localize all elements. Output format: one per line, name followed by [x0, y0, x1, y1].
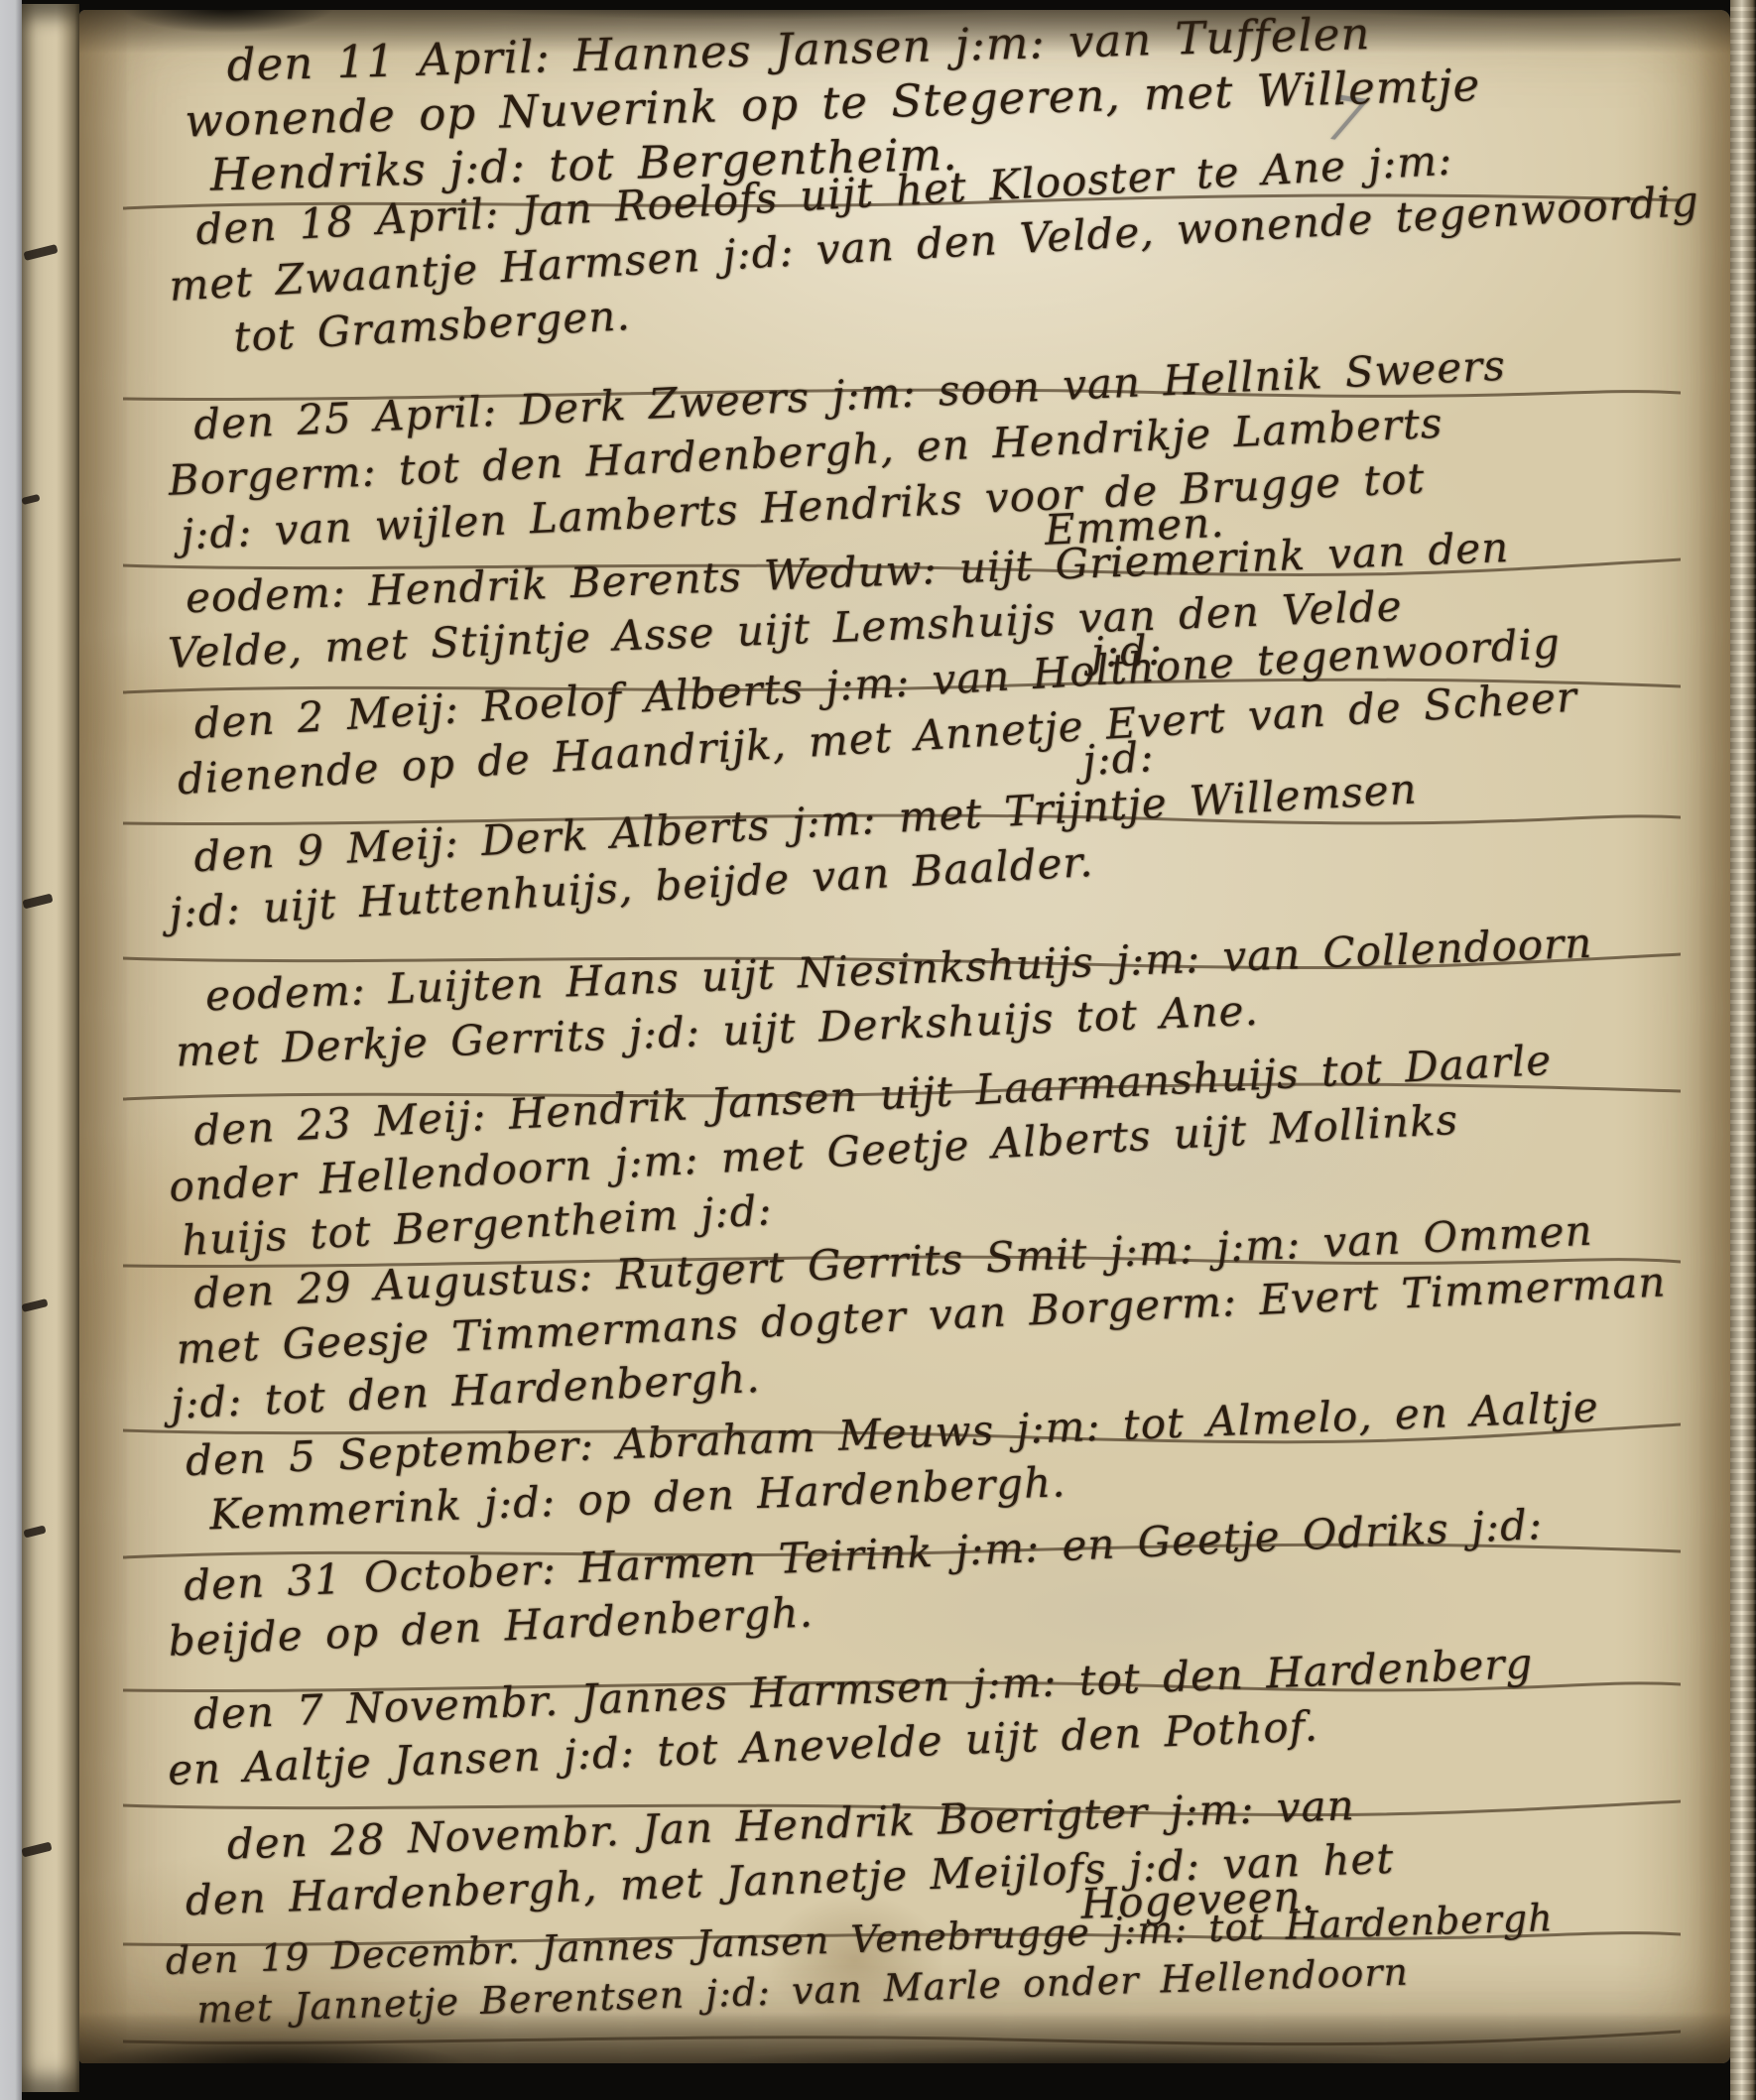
ink-mark — [23, 244, 58, 261]
ink-mark — [21, 1298, 48, 1312]
ink-mark — [21, 1842, 52, 1858]
scanned-manuscript: { "document": { "page_number": "7", "lan… — [0, 0, 1756, 2100]
book-fore-edge — [1730, 0, 1756, 2100]
book-gutter-edge — [22, 4, 79, 2092]
scanner-background — [0, 0, 22, 2100]
manuscript-page: 7 den 11 April: Hannes Jansen j:m: van T… — [79, 10, 1730, 2063]
ink-mark — [21, 494, 40, 505]
ink-mark — [23, 1525, 46, 1538]
ink-mark — [22, 894, 53, 910]
